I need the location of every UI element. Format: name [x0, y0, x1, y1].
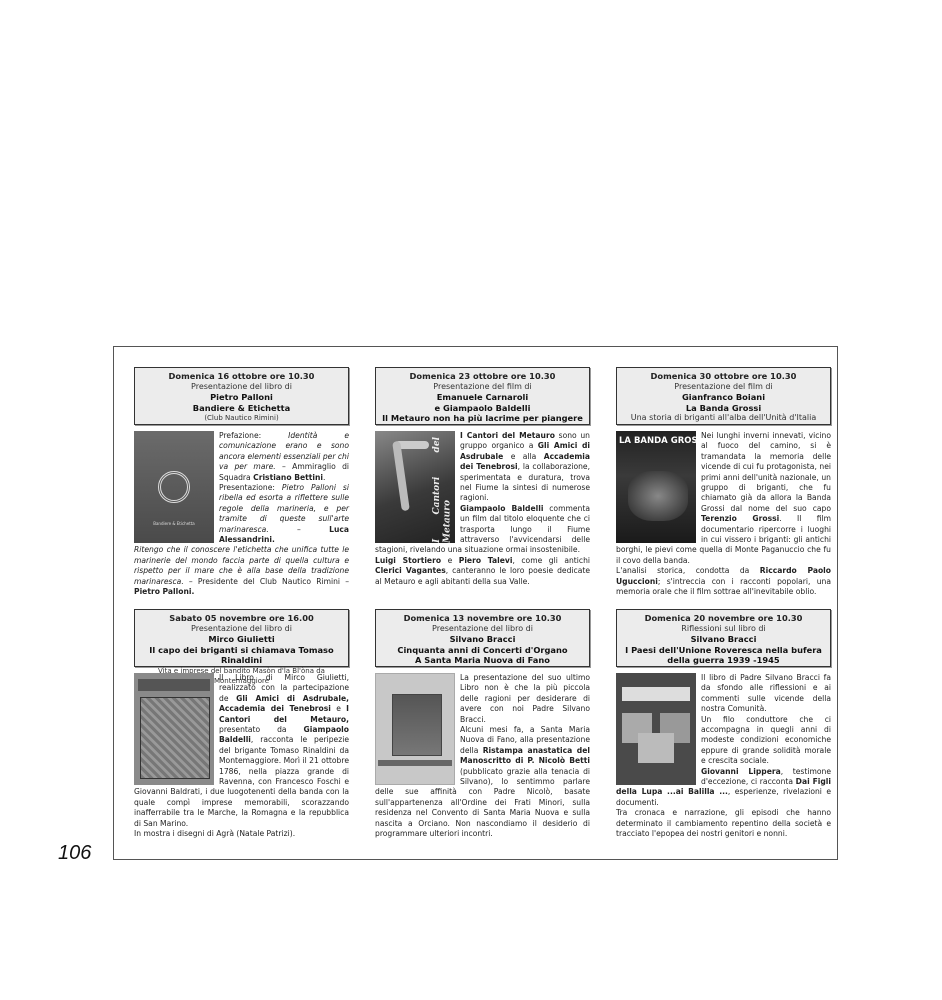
event-date: Domenica 23 ottobre ore 10.30: [378, 371, 587, 382]
book-cover-image: [134, 673, 214, 785]
event-panel: Domenica 16 ottobre ore 10.30 Presentazi…: [134, 367, 349, 598]
event-header: Domenica 13 novembre ore 10.30 Presentaz…: [375, 609, 590, 667]
event-note: Una storia di briganti all'alba dell'Uni…: [619, 413, 828, 424]
event-subtitle: Presentazione del libro di: [378, 624, 587, 635]
event-title-2: della guerra 1939 -1945: [619, 655, 828, 666]
rosette-emblem-icon: [158, 471, 190, 503]
event-body: Il libro di Padre Silvano Bracci fa da s…: [616, 673, 831, 840]
analysis-paragraph: L'analisi storica, condotta da Riccardo …: [616, 566, 831, 597]
event-author: Silvano Bracci: [619, 634, 828, 645]
film-cover-image: LA BANDA GROSSI: [616, 431, 696, 543]
event-body: Il Libro di Mirco Giulietti, realizzato …: [134, 673, 349, 840]
cover-title: LA BANDA GROSSI: [619, 436, 696, 446]
event-header: Domenica 23 ottobre ore 10.30 Presentazi…: [375, 367, 590, 425]
event-date: Domenica 30 ottobre ore 10.30: [619, 371, 828, 382]
event-body: Bandiere & Etichetta Prefazione: Identit…: [134, 431, 349, 598]
event-title: Il Metauro non ha più lacrime per piange…: [378, 413, 587, 424]
page-number: 106: [58, 842, 91, 865]
event-subtitle: Riflessioni sul libro di: [619, 624, 828, 635]
event-header: Domenica 30 ottobre ore 10.30 Presentazi…: [616, 367, 831, 425]
cover-title: Bandiere & Etichetta: [134, 519, 214, 529]
film-cover-heron-image: I Cantori del Metauro: [375, 431, 455, 543]
event-subtitle: Presentazione del film di: [619, 382, 828, 393]
event-title: Bandiere & Etichetta: [137, 403, 346, 414]
event-author: Emanuele Carnaroli: [378, 392, 587, 403]
event-panel: Sabato 05 novembre ore 16.00 Presentazio…: [134, 609, 349, 840]
cover-title: I Cantori del Metauro: [432, 437, 453, 543]
event-date: Domenica 16 ottobre ore 10.30: [137, 371, 346, 382]
event-subtitle: Presentazione del libro di: [137, 382, 346, 393]
book-cover-image: Bandiere & Etichetta: [134, 431, 214, 543]
events-frame: Domenica 16 ottobre ore 10.30 Presentazi…: [113, 346, 838, 860]
event-title: I Paesi dell'Unione Roveresca nella bufe…: [619, 645, 828, 656]
event-body: LA BANDA GROSSI Nei lunghi inverni innev…: [616, 431, 831, 598]
event-date: Domenica 20 novembre ore 10.30: [619, 613, 828, 624]
book-cover-image: [616, 673, 696, 785]
event-title: Cinquanta anni di Concerti d'Organo: [378, 645, 587, 656]
event-panel: Domenica 20 novembre ore 10.30 Riflessio…: [616, 609, 831, 840]
event-title: Il capo dei briganti si chiamava Tomaso …: [137, 645, 346, 666]
event-author: Silvano Bracci: [378, 634, 587, 645]
event-subtitle: Presentazione del libro di: [137, 624, 346, 635]
event-panel: Domenica 13 novembre ore 10.30 Presentaz…: [375, 609, 590, 840]
event-panel: Domenica 30 ottobre ore 10.30 Presentazi…: [616, 367, 831, 598]
event-header: Domenica 16 ottobre ore 10.30 Presentazi…: [134, 367, 349, 425]
event-header: Sabato 05 novembre ore 16.00 Presentazio…: [134, 609, 349, 667]
event-author: Pietro Palloni: [137, 392, 346, 403]
event-author-2: e Giampaolo Baldelli: [378, 403, 587, 414]
event-author: Gianfranco Boiani: [619, 392, 828, 403]
event-header: Domenica 20 novembre ore 10.30 Riflessio…: [616, 609, 831, 667]
event-title: La Banda Grossi: [619, 403, 828, 414]
event-date: Domenica 13 novembre ore 10.30: [378, 613, 587, 624]
event-subtitle: Presentazione del film di: [378, 382, 587, 393]
event-title-2: A Santa Maria Nuova di Fano: [378, 655, 587, 666]
event-author: Mirco Giulietti: [137, 634, 346, 645]
poets-paragraph: Luigi Stortiero e Piero Talevi, come gli…: [375, 556, 590, 587]
event-date: Sabato 05 novembre ore 16.00: [137, 613, 346, 624]
exhibition-paragraph: In mostra i disegni di Agrà (Natale Patr…: [134, 829, 349, 839]
event-panel: Domenica 23 ottobre ore 10.30 Presentazi…: [375, 367, 590, 587]
closing-paragraph: Tra cronaca e narrazione, gli episodi ch…: [616, 808, 831, 839]
event-body: I Cantori del Metauro I Cantori del Meta…: [375, 431, 590, 587]
event-note: (Club Nautico Rimini): [137, 413, 346, 424]
quote-paragraph: Ritengo che il conoscere l'etichetta che…: [134, 545, 349, 597]
event-body: La presentazione del suo ultimo Libro no…: [375, 673, 590, 840]
book-cover-image: [375, 673, 455, 785]
